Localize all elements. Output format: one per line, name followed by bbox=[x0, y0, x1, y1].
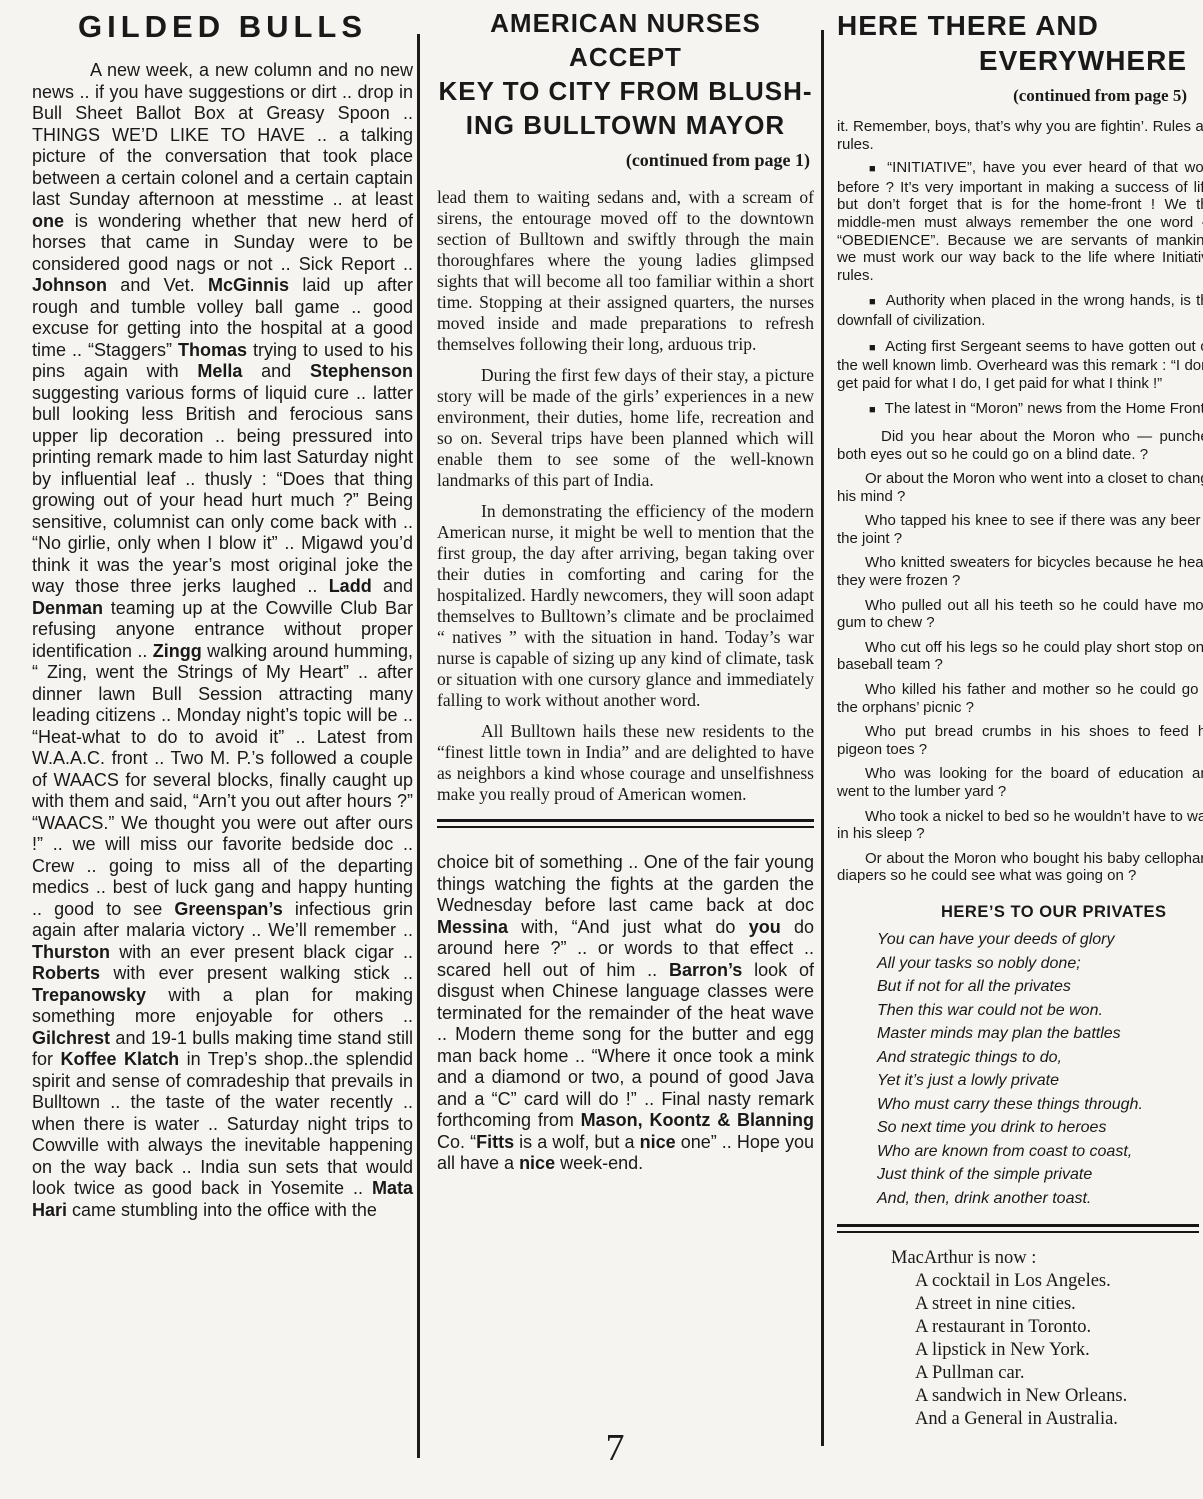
bullet-square-icon: ■ bbox=[869, 296, 877, 308]
section-divider-rule bbox=[437, 819, 814, 828]
bullet-square-icon: ■ bbox=[869, 404, 876, 416]
poem-line: And, then, drink another toast. bbox=[877, 1187, 1203, 1211]
poem-line: You can have your deeds of glory bbox=[877, 928, 1203, 952]
bullet-square-icon: ■ bbox=[869, 163, 878, 175]
moron-joke: Who tapped his knee to see if there was … bbox=[837, 512, 1203, 547]
macarthur-items: A cocktail in Los Angeles.A street in ni… bbox=[891, 1270, 1203, 1431]
continued-from-page-5-note: (continued from page 5) bbox=[837, 86, 1187, 106]
bulleted-note: ■The latest in “Moron” news from the Hom… bbox=[837, 400, 1203, 420]
poem-line: Who are known from coast to coast, bbox=[877, 1140, 1203, 1164]
gilded-bulls-text: A new week, a new column and no new news… bbox=[32, 60, 413, 1221]
moron-joke: Who took a nickel to bed so he wouldn’t … bbox=[837, 808, 1203, 843]
nurses-article-title: AMERICAN NURSES ACCEPTKEY TO CITY FROM B… bbox=[437, 6, 814, 142]
headline-line: KEY TO CITY FROM BLUSH- bbox=[437, 74, 814, 108]
macarthur-item: A Pullman car. bbox=[915, 1362, 1203, 1385]
bullet-square-icon: ■ bbox=[869, 342, 876, 354]
poem-divider-rule bbox=[837, 1224, 1199, 1233]
poem-line: Then this war could not be won. bbox=[877, 999, 1203, 1023]
article-paragraph: All Bulltown hails these new residents t… bbox=[437, 721, 814, 805]
moron-joke: Who knitted sweaters for bicycles becaus… bbox=[837, 554, 1203, 589]
macarthur-item: A street in nine cities. bbox=[915, 1293, 1203, 1316]
headline-line: HERE THERE AND bbox=[837, 8, 1187, 43]
gilded-bulls-column: GILDED BULLS A new week, a new column an… bbox=[32, 8, 413, 1221]
intro-paragraph: it. Remember, boys, that’s why you are f… bbox=[837, 118, 1203, 153]
nurses-article-column: AMERICAN NURSES ACCEPTKEY TO CITY FROM B… bbox=[437, 6, 814, 1175]
headline-line: ING BULLTOWN MAYOR bbox=[437, 108, 814, 142]
headline-line: EVERYWHERE bbox=[837, 43, 1187, 78]
nurses-article-body: lead them to waiting sedans and, with a … bbox=[437, 187, 814, 805]
poem-line: Master minds may plan the battles bbox=[877, 1022, 1203, 1046]
poem-line: But if not for all the privates bbox=[877, 975, 1203, 999]
moron-joke: Who was looking for the board of educati… bbox=[837, 765, 1203, 800]
poem-lines: You can have your deeds of gloryAll your… bbox=[877, 928, 1203, 1210]
article-paragraph: During the first few days of their stay,… bbox=[437, 365, 814, 491]
macarthur-list: MacArthur is now : A cocktail in Los Ang… bbox=[891, 1247, 1203, 1431]
macarthur-intro: MacArthur is now : bbox=[891, 1247, 1203, 1270]
here-there-title: HERE THERE AND EVERYWHERE bbox=[837, 8, 1187, 78]
bulleted-note: ■Authority when placed in the wrong hand… bbox=[837, 292, 1203, 329]
poem-line: And strategic things to do, bbox=[877, 1046, 1203, 1070]
column-divider-right bbox=[821, 30, 824, 1446]
bulleted-note: ■“INITIATIVE”, have you ever heard of th… bbox=[837, 159, 1203, 284]
moron-joke: Did you hear about the Moron who — punch… bbox=[837, 428, 1203, 463]
gossip-continuation-text: choice bit of something .. One of the fa… bbox=[437, 852, 814, 1175]
continued-from-page-1-note: (continued from page 1) bbox=[437, 150, 810, 171]
poem-line: Yet it’s just a lowly private bbox=[877, 1069, 1203, 1093]
article-paragraph: lead them to waiting sedans and, with a … bbox=[437, 187, 814, 355]
moron-joke: Or about the Moron who went into a close… bbox=[837, 470, 1203, 505]
poem-line: Who must carry these things through. bbox=[877, 1093, 1203, 1117]
moron-joke: Or about the Moron who bought his baby c… bbox=[837, 850, 1203, 885]
bulleted-notes: ■“INITIATIVE”, have you ever heard of th… bbox=[837, 159, 1203, 420]
macarthur-item: A sandwich in New Orleans. bbox=[915, 1385, 1203, 1408]
poem-line: Just think of the simple private bbox=[877, 1163, 1203, 1187]
headline-line: AMERICAN NURSES ACCEPT bbox=[437, 6, 814, 74]
column-divider-left bbox=[417, 34, 420, 1458]
privates-poem: HERE’S TO OUR PRIVATES You can have your… bbox=[877, 901, 1203, 1211]
macarthur-item: A lipstick in New York. bbox=[915, 1339, 1203, 1362]
poem-title: HERE’S TO OUR PRIVATES bbox=[941, 901, 1203, 925]
article-paragraph: In demonstrating the efficiency of the m… bbox=[437, 501, 814, 711]
here-there-body: it. Remember, boys, that’s why you are f… bbox=[837, 118, 1203, 885]
moron-joke: Who put bread crumbs in his shoes to fee… bbox=[837, 723, 1203, 758]
moron-joke: Who killed his father and mother so he c… bbox=[837, 681, 1203, 716]
page-number: 7 bbox=[585, 1426, 645, 1470]
bulleted-note: ■Acting first Sergeant seems to have got… bbox=[837, 338, 1203, 393]
poem-line: All your tasks so nobly done; bbox=[877, 952, 1203, 976]
moron-joke: Who cut off his legs so he could play sh… bbox=[837, 639, 1203, 674]
here-there-column: HERE THERE AND EVERYWHERE (continued fro… bbox=[837, 6, 1203, 1431]
macarthur-item: A cocktail in Los Angeles. bbox=[915, 1270, 1203, 1293]
macarthur-item: A restaurant in Toronto. bbox=[915, 1316, 1203, 1339]
poem-line: So next time you drink to heroes bbox=[877, 1116, 1203, 1140]
macarthur-item: And a General in Australia. bbox=[915, 1408, 1203, 1431]
moron-joke: Who pulled out all his teeth so he could… bbox=[837, 597, 1203, 632]
gilded-bulls-title: GILDED BULLS bbox=[32, 10, 413, 44]
newspaper-page: GILDED BULLS A new week, a new column an… bbox=[0, 0, 1203, 1499]
moron-jokes: Did you hear about the Moron who — punch… bbox=[837, 428, 1203, 885]
